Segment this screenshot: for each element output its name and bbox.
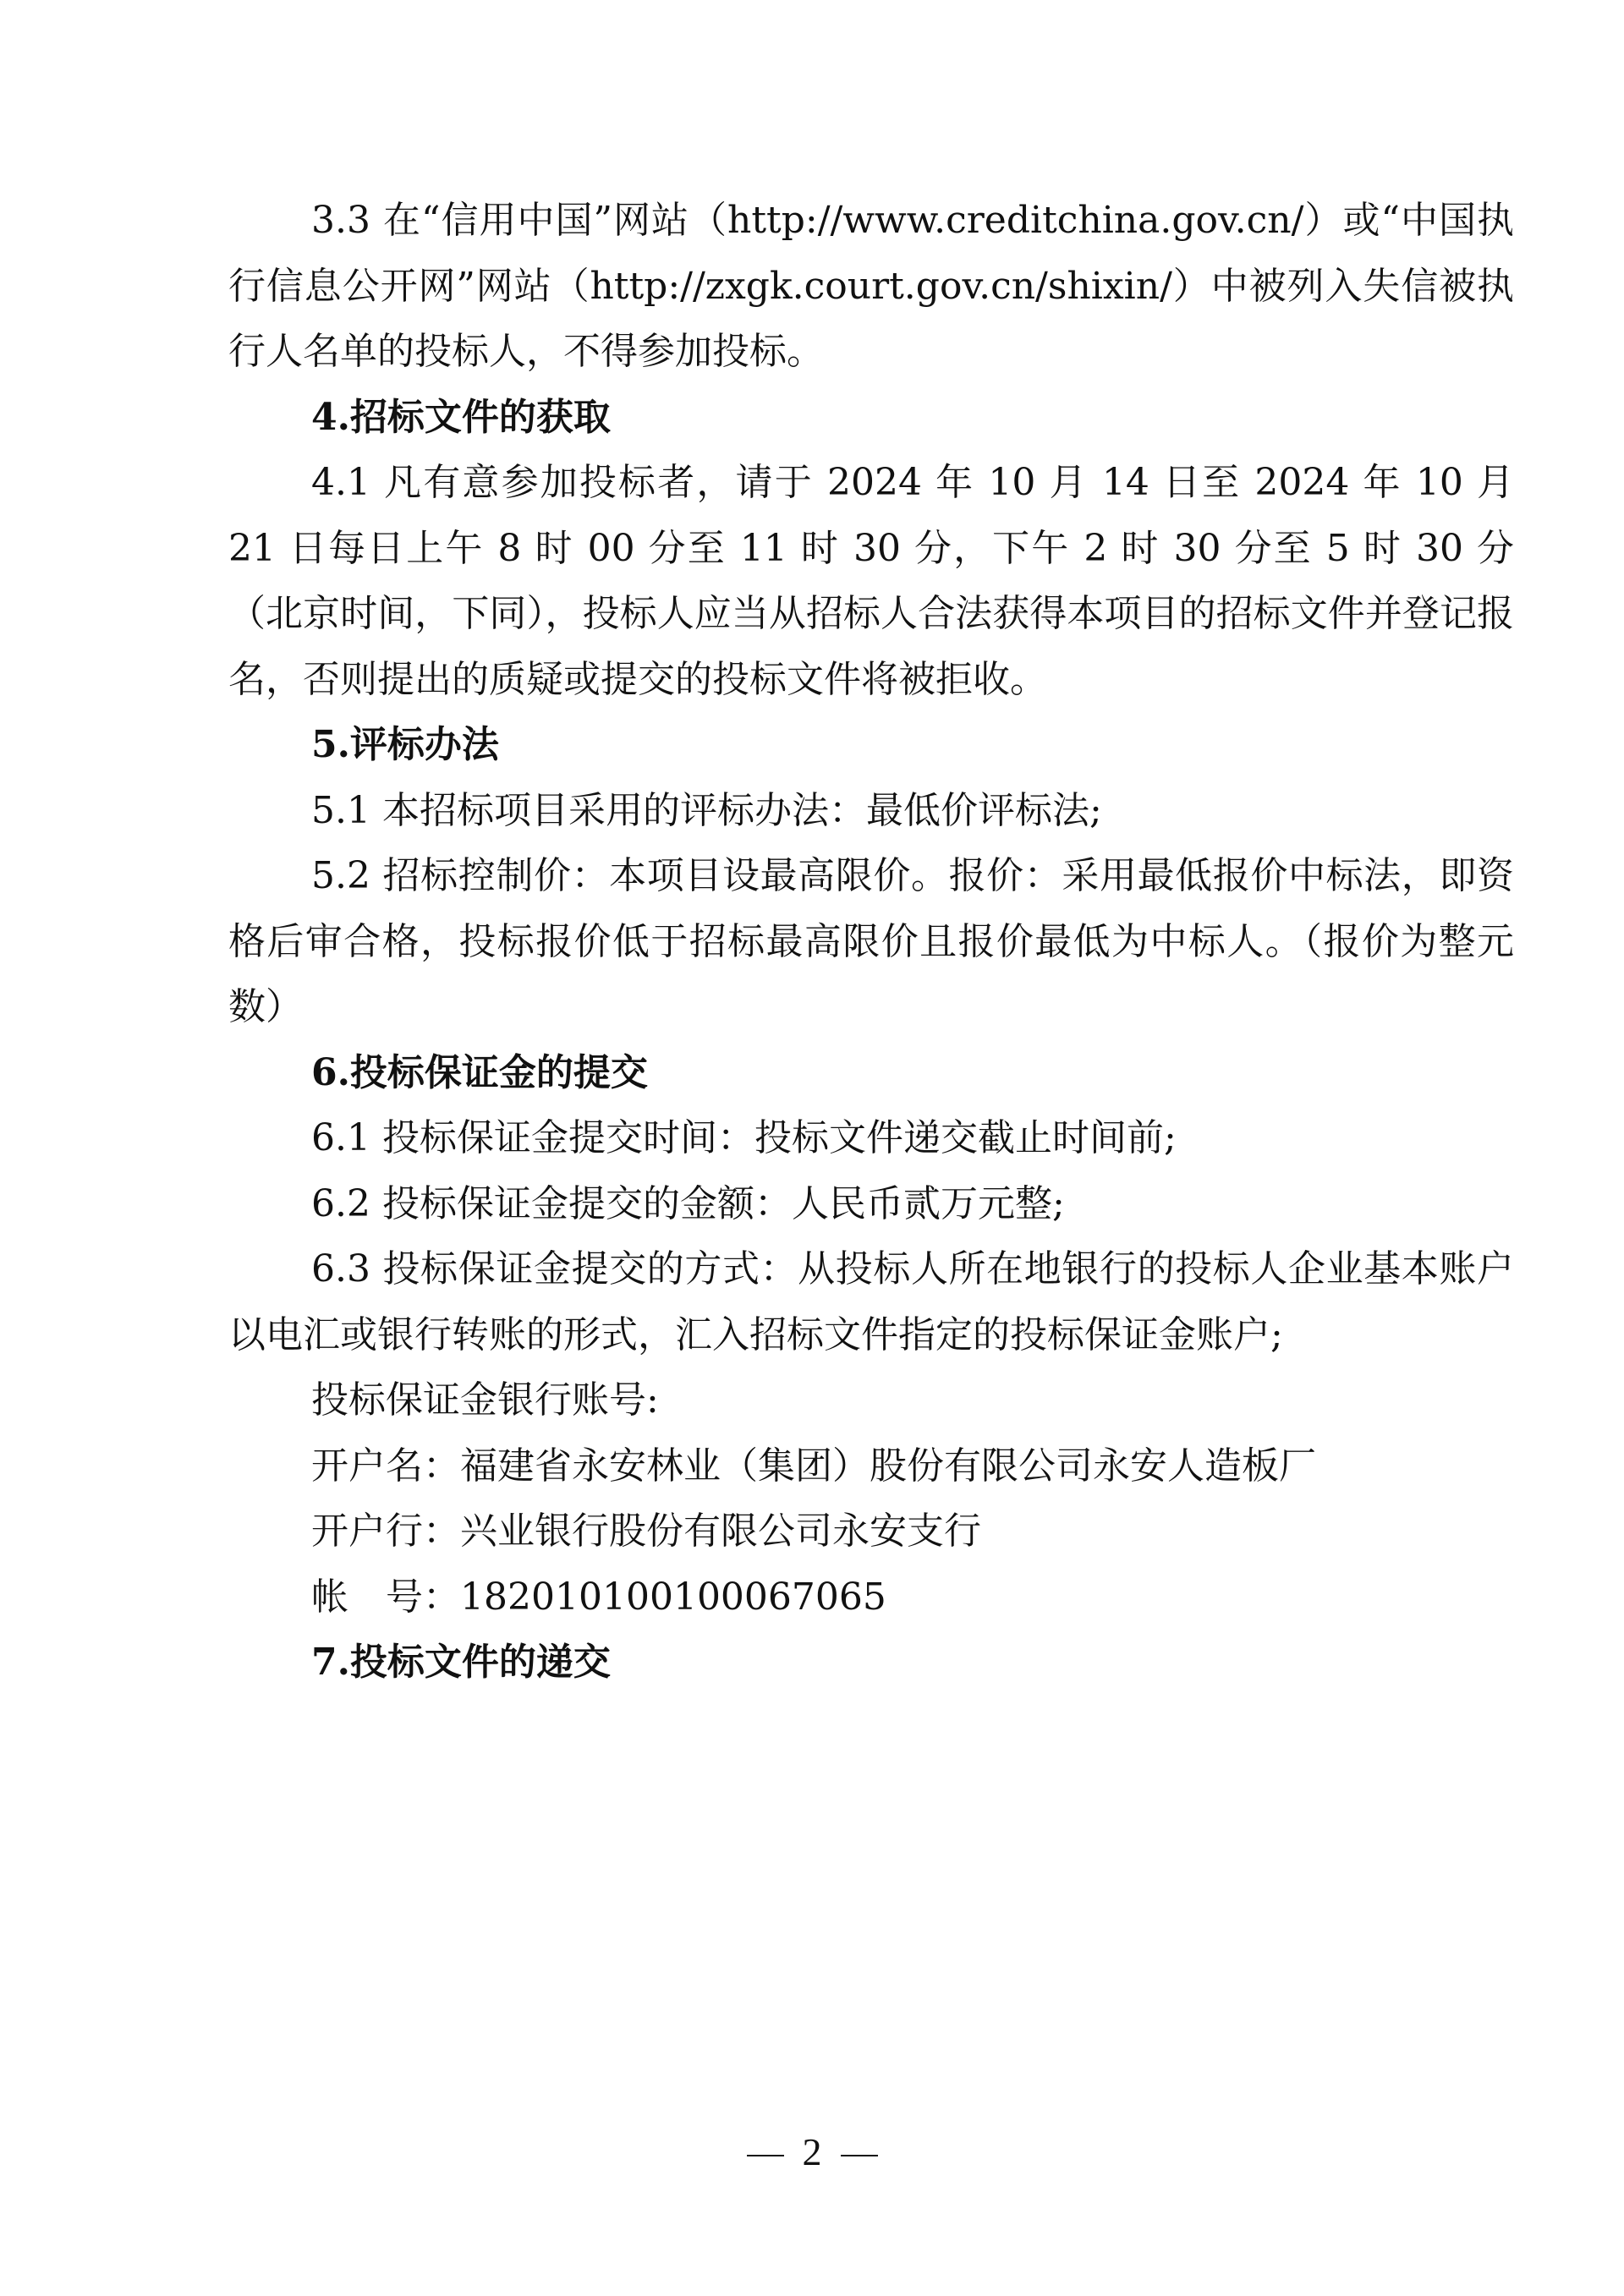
account-name-label: 开户名： — [311, 1433, 460, 1499]
account-name-row: 开户名：福建省永安林业（集团）股份有限公司永安人造板厂 — [228, 1433, 1514, 1499]
paragraph-5-1: 5.1 本招标项目采用的评标办法：最低价评标法; — [228, 778, 1514, 844]
account-name-value: 福建省永安林业（集团）股份有限公司永安人造板厂 — [460, 1444, 1316, 1488]
account-number-label: 帐 号： — [311, 1564, 460, 1630]
heading-section-6: 6.投标保证金的提交 — [228, 1040, 1514, 1106]
paragraph-6-3: 6.3 投标保证金提交的方式：从投标人所在地银行的投标人企业基本账户以电汇或银行… — [228, 1236, 1514, 1367]
heading-section-4: 4.招标文件的获取 — [228, 385, 1514, 451]
page-number: 2 — [803, 2130, 822, 2173]
dash-right — [841, 2155, 878, 2156]
heading-section-7: 7.投标文件的递交 — [228, 1630, 1514, 1696]
bank-label: 开户行： — [311, 1499, 460, 1564]
account-number-value: 182010100100067065 — [460, 1575, 886, 1619]
paragraph-3-3: 3.3 在“信用中国”网站（http://www.creditchina.gov… — [228, 188, 1514, 385]
document-page: 3.3 在“信用中国”网站（http://www.creditchina.gov… — [228, 188, 1514, 1696]
heading-section-5: 5.评标办法 — [228, 712, 1514, 778]
paragraph-6-1: 6.1 投标保证金提交时间：投标文件递交截止时间前; — [228, 1105, 1514, 1171]
paragraph-5-2: 5.2 招标控制价：本项目设最高限价。报价：采用最低报价中标法，即资格后审合格，… — [228, 843, 1514, 1040]
bank-account-intro: 投标保证金银行账号: — [228, 1367, 1514, 1433]
page-footer: 2 — [0, 2129, 1624, 2174]
account-number-row: 帐 号：182010100100067065 — [228, 1564, 1514, 1630]
paragraph-4-1: 4.1 凡有意参加投标者，请于 2024 年 10 月 14 日至 2024 年… — [228, 450, 1514, 712]
paragraph-6-2: 6.2 投标保证金提交的金额：人民币贰万元整; — [228, 1171, 1514, 1237]
dash-left — [747, 2155, 784, 2156]
bank-value: 兴业银行股份有限公司永安支行 — [460, 1510, 981, 1553]
bank-row: 开户行：兴业银行股份有限公司永安支行 — [228, 1499, 1514, 1564]
